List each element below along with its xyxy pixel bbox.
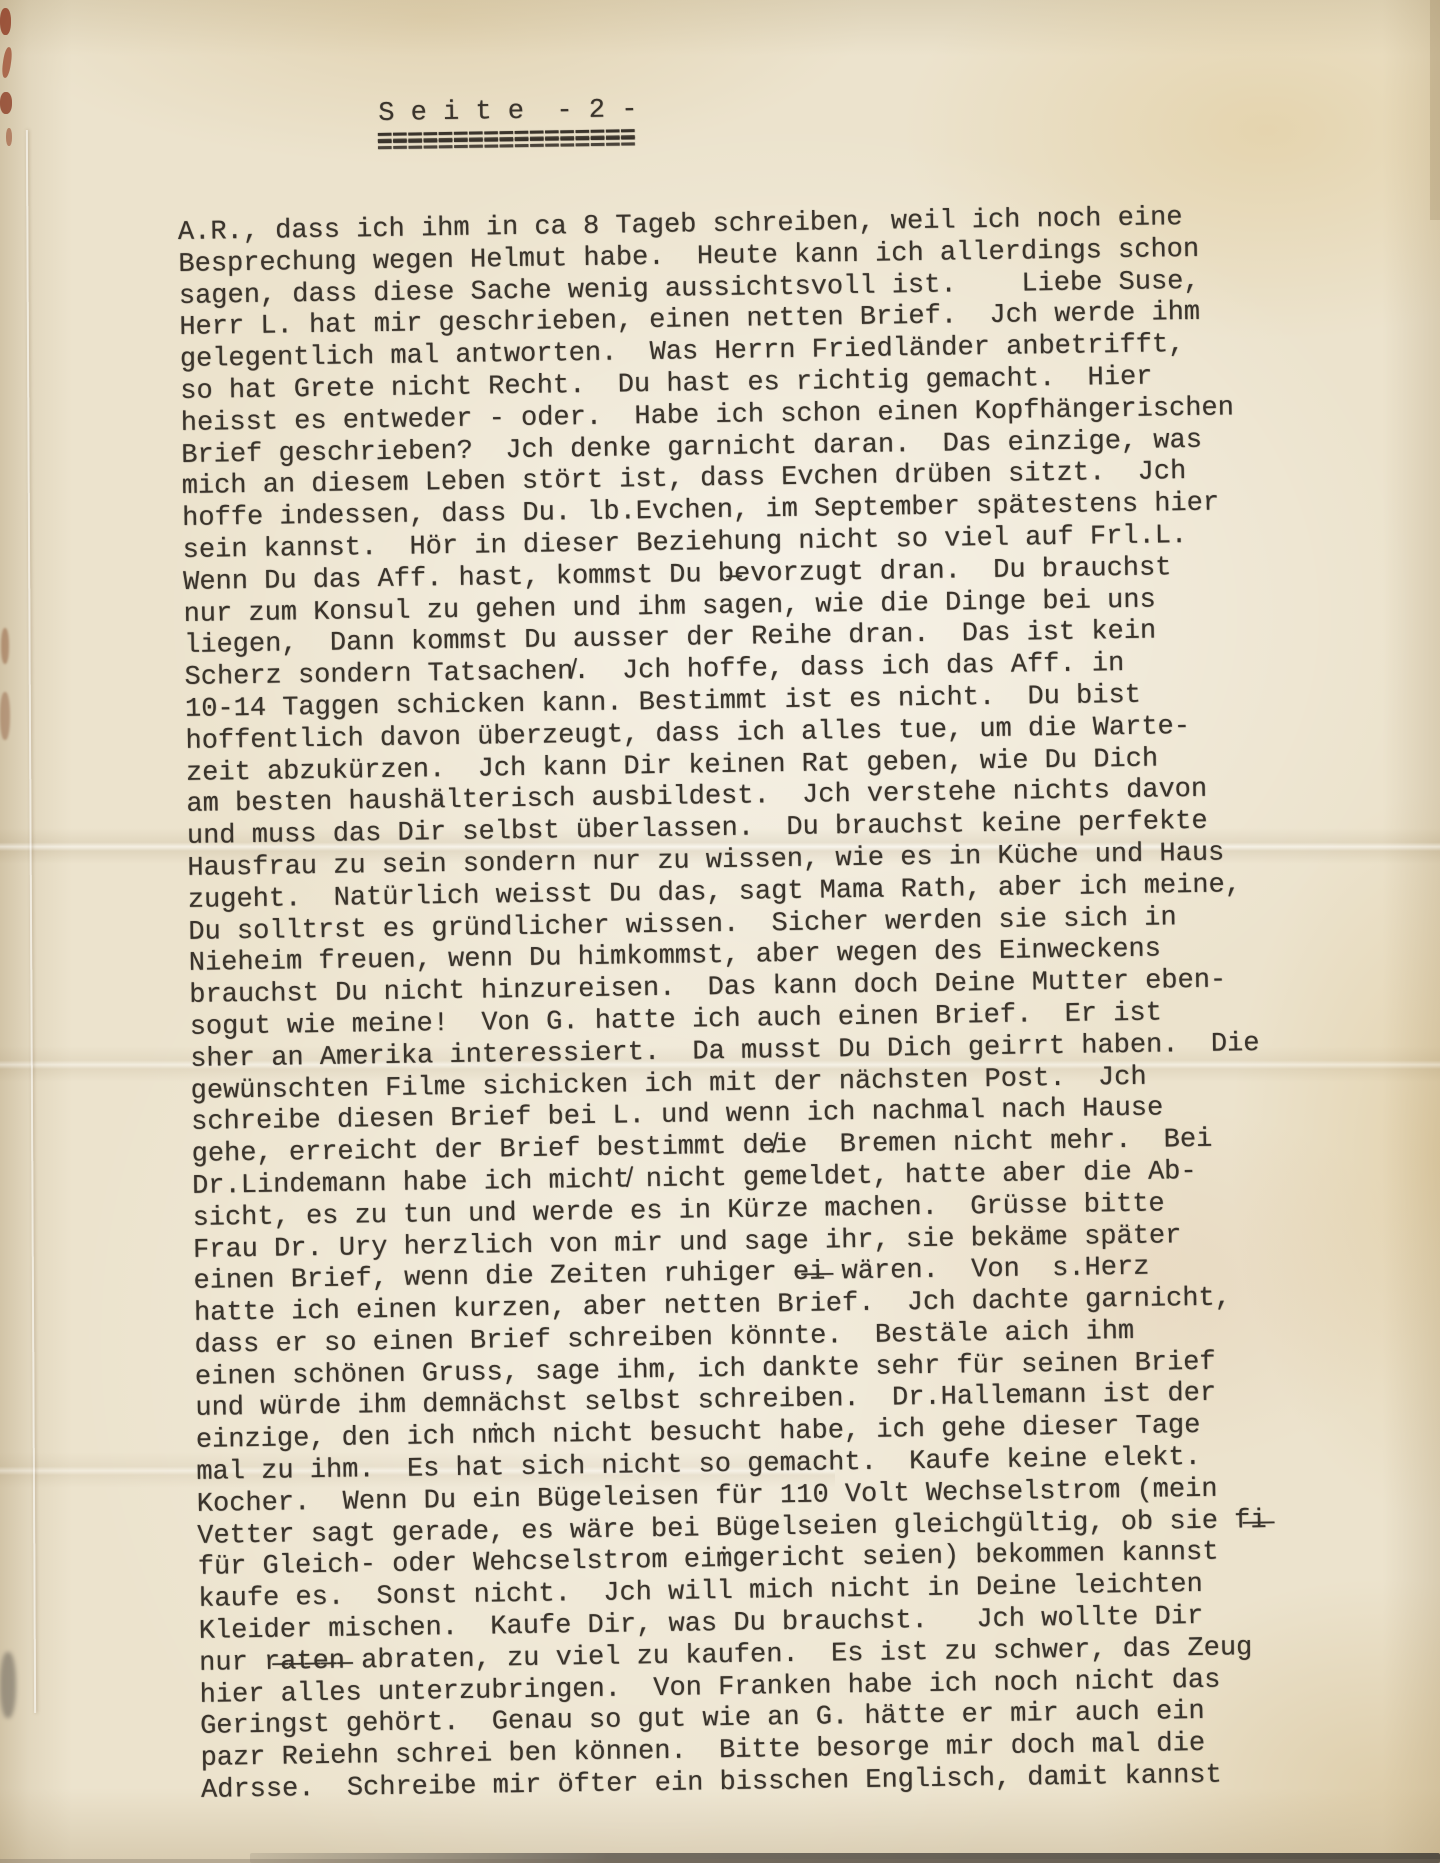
paper-stain (0, 92, 12, 114)
paper-stain (0, 8, 11, 35)
paper-stain (0, 1652, 16, 1718)
heading-underline: ================= (376, 128, 635, 162)
letter-body-text: A.R., dass ich ihm in ca 8 Tageb schreib… (178, 202, 1271, 1808)
paper-stain (0, 692, 10, 740)
scan-edge-shadow (1430, 0, 1440, 220)
paper-stain (6, 128, 12, 146)
scanned-letter-page: S e i t e - 2 - ================= ======… (0, 0, 1440, 1863)
paper-stain (1, 628, 9, 664)
scan-edge-shadow (0, 1859, 1440, 1863)
